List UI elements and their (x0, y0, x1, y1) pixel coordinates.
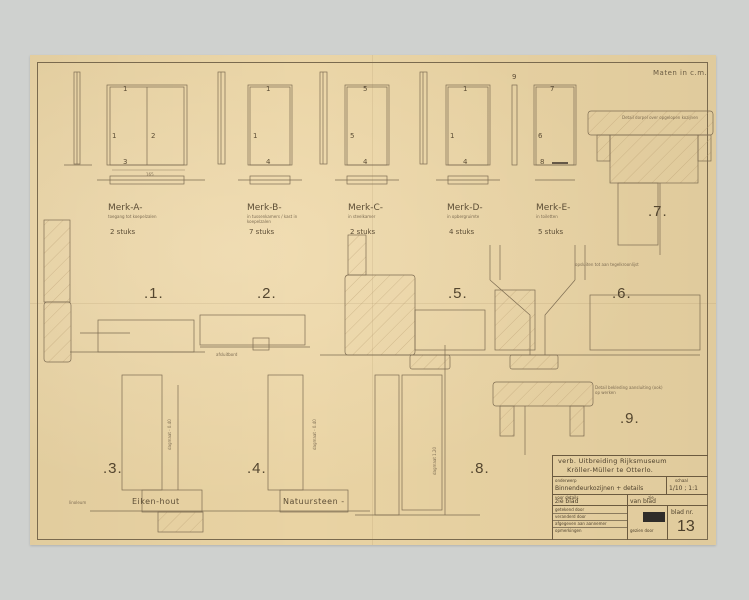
reference-value: zie blad (555, 498, 578, 505)
title-block-bottom: getekend door veranderd door afgegeven a… (553, 506, 708, 540)
door-a-num-center: 2 (151, 132, 155, 140)
door-c-num-top: 5 (363, 85, 367, 93)
detail-number-4: .4. (247, 460, 267, 477)
detail-3-material: Eiken-hout (132, 497, 180, 506)
detail-number-6: .6. (612, 285, 632, 302)
door-e-num-left: 6 (538, 132, 542, 140)
detail-number-2: .2. (257, 285, 277, 302)
door-c-num-left: 5 (350, 132, 354, 140)
door-subtitle-c: in steelkamer (348, 214, 375, 219)
title-block: verb. Uitbreiding Rijksmuseum Kröller-Mü… (552, 455, 708, 540)
drawn-label: getekend door (555, 507, 584, 512)
detail-4-material: Natuursteen - (283, 497, 345, 506)
door-c-num-bottom: 4 (363, 158, 367, 166)
detail-number-1: .1. (144, 285, 164, 302)
door-mark-e: Merk-E- (536, 203, 570, 213)
door-subtitle-e: in toiletten (536, 214, 558, 219)
detail-4-dim-note: dagmaat - 0.40 (312, 419, 317, 450)
issued-label: afgegeven aan aannemer (555, 521, 607, 526)
door-count-b: 7 stuks (249, 228, 274, 236)
detail-number-5: .5. (448, 285, 468, 302)
door-a-num-top: 1 (123, 85, 127, 93)
subject-label: onderwerp (555, 478, 577, 483)
seen-label: gezien door (630, 528, 654, 533)
title-block-reference-row: voor details zie blad zie van blad (553, 495, 708, 506)
door-count-d: 4 stuks (449, 228, 474, 236)
door-subtitle-b: in tussenkamers / kast in koepelzalen (247, 214, 307, 224)
detail-7-note: Detail dorpel over opgelopen kozijnen (622, 115, 707, 120)
title-block-subject-row: onderwerp Binnendeurkozijnen + details s… (553, 477, 708, 495)
changes-label: veranderd door (555, 514, 586, 519)
scale-value: 1/10 ; 1:1 (669, 485, 698, 492)
detail-number-7: .7. (648, 203, 668, 220)
units-note: Maten in c.m. (653, 69, 707, 77)
detail-9-note: Detail bekleding aansluiting (ook) op we… (595, 385, 665, 395)
door-mark-d: Merk-D- (447, 203, 483, 213)
door-a-num-left: 1 (112, 132, 116, 140)
door-d-num-left: 1 (450, 132, 454, 140)
detail-number-8: .8. (470, 460, 490, 477)
drawing-sheet: Maten in c.m. Merk-A- toegang tot koepel… (30, 55, 716, 545)
subject-value: Binnendeurkozijnen + details (555, 485, 643, 492)
sheet-number: 13 (677, 518, 695, 536)
door-e-num-top: 7 (550, 85, 554, 93)
door-count-c: 2 stuks (350, 228, 375, 236)
detail-number-9: .9. (620, 410, 640, 427)
door-count-a: 2 stuks (110, 228, 135, 236)
detail-6-note: opsluiten tot aan tegelkroonlijst (575, 262, 639, 267)
door-subtitle-d: in opbergruimte (447, 214, 479, 219)
detail-number-3: .3. (103, 460, 123, 477)
door-d-num-top: 1 (463, 85, 467, 93)
remarks-label: opmerkingen (555, 528, 582, 533)
door-mark-c: Merk-C- (348, 203, 383, 213)
door-e-num-bottom: 8 (540, 158, 544, 166)
title-block-project-row: verb. Uitbreiding Rijksmuseum Kröller-Mü… (553, 456, 708, 477)
door-width-a: 165 (146, 172, 154, 177)
door-count-e: 5 stuks (538, 228, 563, 236)
detail-3-side-note: linoleum (69, 500, 86, 505)
door-subtitle-a: toegang tot koepelzalen (108, 214, 157, 219)
door-mark-a: Merk-A- (108, 203, 142, 213)
door-b-num-bottom: 4 (266, 158, 270, 166)
detail-8-dim-note: dagmaat 1.20 (432, 447, 437, 475)
door-b-num-left: 1 (253, 132, 257, 140)
door-mark-b: Merk-B- (247, 203, 282, 213)
detail-3-dim-note: dagmaat - 0.40 (167, 419, 172, 450)
project-line-2: Kröller-Müller te Otterlo. (567, 466, 653, 474)
door-d-num-bottom: 4 (463, 158, 467, 166)
from-value: van blad (630, 498, 656, 505)
stamp-block (643, 512, 665, 522)
door-a-num-bottom: 3 (123, 158, 127, 166)
door-e-num-jamb: 9 (512, 73, 516, 81)
sheet-label: blad nr. (671, 509, 694, 516)
project-line-1: verb. Uitbreiding Rijksmuseum (558, 457, 667, 465)
scale-label: schaal (675, 478, 688, 483)
door-b-num-top: 1 (266, 85, 270, 93)
detail-2-note: afsluitbord (216, 352, 237, 357)
